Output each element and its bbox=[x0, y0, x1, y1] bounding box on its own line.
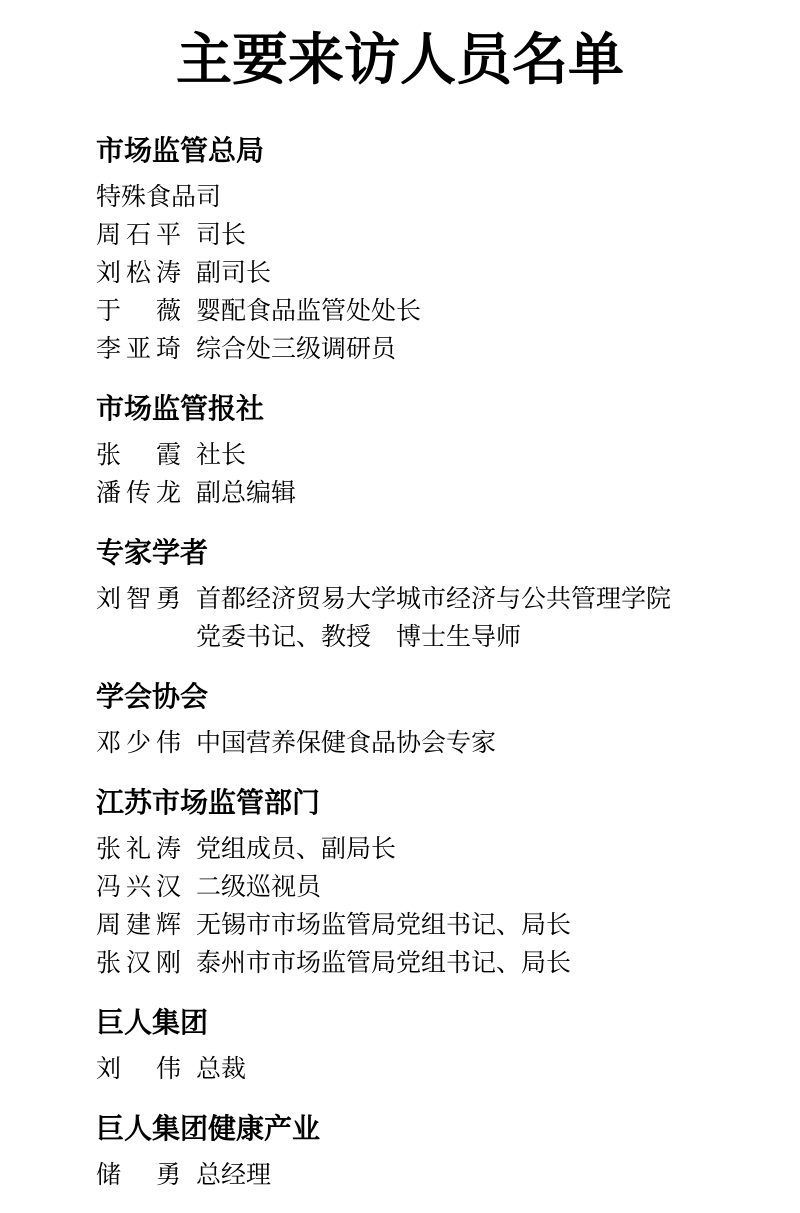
member-row: 周石平司长 bbox=[96, 216, 704, 254]
member-name: 冯兴汉 bbox=[96, 868, 181, 906]
role-line: 副总编辑 bbox=[196, 474, 296, 512]
member-name: 储 勇 bbox=[96, 1156, 181, 1194]
member-list: 储 勇总经理 bbox=[96, 1156, 704, 1194]
member-role: 中国营养保健食品协会专家 bbox=[196, 724, 496, 762]
sections-container: 市场监管总局 特殊食品司 周石平司长 刘松涛副司长 于 薇婴配食品监管处处长 李… bbox=[96, 132, 704, 1194]
section-heading: 市场监管报社 bbox=[96, 390, 704, 428]
member-name: 于 薇 bbox=[96, 292, 181, 330]
member-row: 刘智勇首都经济贸易大学城市经济与公共管理学院党委书记、教授 博士生导师 bbox=[96, 580, 704, 656]
member-row: 李亚琦综合处三级调研员 bbox=[96, 330, 704, 368]
role-line: 婴配食品监管处处长 bbox=[196, 292, 421, 330]
member-role: 副总编辑 bbox=[196, 474, 296, 512]
member-role: 二级巡视员 bbox=[196, 868, 321, 906]
section-heading: 江苏市场监管部门 bbox=[96, 784, 704, 822]
department-line: 特殊食品司 bbox=[96, 178, 704, 216]
member-role: 党组成员、副局长 bbox=[196, 830, 396, 868]
section-heading: 专家学者 bbox=[96, 534, 704, 572]
personnel-section: 巨人集团 刘 伟总裁 bbox=[96, 1004, 704, 1088]
member-name: 刘松涛 bbox=[96, 254, 181, 292]
section-heading: 巨人集团 bbox=[96, 1004, 704, 1042]
member-name: 刘 伟 bbox=[96, 1050, 181, 1088]
document-page: 主要来访人员名单 市场监管总局 特殊食品司 周石平司长 刘松涛副司长 于 薇婴配… bbox=[0, 0, 800, 1213]
member-role: 婴配食品监管处处长 bbox=[196, 292, 421, 330]
personnel-section: 专家学者 刘智勇首都经济贸易大学城市经济与公共管理学院党委书记、教授 博士生导师 bbox=[96, 534, 704, 656]
section-heading: 学会协会 bbox=[96, 678, 704, 716]
role-line: 二级巡视员 bbox=[196, 868, 321, 906]
member-name: 张汉刚 bbox=[96, 944, 181, 982]
member-name: 张礼涛 bbox=[96, 830, 181, 868]
role-line: 综合处三级调研员 bbox=[196, 330, 396, 368]
member-list: 刘 伟总裁 bbox=[96, 1050, 704, 1088]
personnel-section: 学会协会 邓少伟中国营养保健食品协会专家 bbox=[96, 678, 704, 762]
member-name: 潘传龙 bbox=[96, 474, 181, 512]
member-list: 邓少伟中国营养保健食品协会专家 bbox=[96, 724, 704, 762]
member-name: 周建辉 bbox=[96, 906, 181, 944]
member-name: 刘智勇 bbox=[96, 580, 181, 618]
member-list: 张礼涛党组成员、副局长 冯兴汉二级巡视员 周建辉无锡市市场监管局党组书记、局长 … bbox=[96, 830, 704, 982]
member-row: 邓少伟中国营养保健食品协会专家 bbox=[96, 724, 704, 762]
personnel-section: 巨人集团健康产业 储 勇总经理 bbox=[96, 1110, 704, 1194]
role-line: 党组成员、副局长 bbox=[196, 830, 396, 868]
member-name: 李亚琦 bbox=[96, 330, 181, 368]
member-role: 总裁 bbox=[196, 1050, 246, 1088]
personnel-section: 市场监管报社 张 霞社长 潘传龙副总编辑 bbox=[96, 390, 704, 512]
member-role: 综合处三级调研员 bbox=[196, 330, 396, 368]
member-name: 周石平 bbox=[96, 216, 181, 254]
member-name: 邓少伟 bbox=[96, 724, 181, 762]
member-row: 张 霞社长 bbox=[96, 436, 704, 474]
member-role: 社长 bbox=[196, 436, 246, 474]
member-list: 张 霞社长 潘传龙副总编辑 bbox=[96, 436, 704, 512]
role-line: 无锡市市场监管局党组书记、局长 bbox=[196, 906, 571, 944]
role-line: 党委书记、教授 博士生导师 bbox=[196, 618, 671, 656]
member-role: 司长 bbox=[196, 216, 246, 254]
section-heading: 巨人集团健康产业 bbox=[96, 1110, 704, 1148]
member-row: 于 薇婴配食品监管处处长 bbox=[96, 292, 704, 330]
member-role: 首都经济贸易大学城市经济与公共管理学院党委书记、教授 博士生导师 bbox=[196, 580, 671, 656]
member-row: 刘松涛副司长 bbox=[96, 254, 704, 292]
member-row: 冯兴汉二级巡视员 bbox=[96, 868, 704, 906]
role-line: 司长 bbox=[196, 216, 246, 254]
member-row: 储 勇总经理 bbox=[96, 1156, 704, 1194]
role-line: 副司长 bbox=[196, 254, 271, 292]
role-line: 总裁 bbox=[196, 1050, 246, 1088]
role-line: 中国营养保健食品协会专家 bbox=[196, 724, 496, 762]
role-line: 泰州市市场监管局党组书记、局长 bbox=[196, 944, 571, 982]
member-row: 张汉刚泰州市市场监管局党组书记、局长 bbox=[96, 944, 704, 982]
member-role: 副司长 bbox=[196, 254, 271, 292]
member-row: 刘 伟总裁 bbox=[96, 1050, 704, 1088]
member-name: 张 霞 bbox=[96, 436, 181, 474]
role-line: 首都经济贸易大学城市经济与公共管理学院 bbox=[196, 580, 671, 618]
member-list: 周石平司长 刘松涛副司长 于 薇婴配食品监管处处长 李亚琦综合处三级调研员 bbox=[96, 216, 704, 368]
section-heading: 市场监管总局 bbox=[96, 132, 704, 170]
member-list: 刘智勇首都经济贸易大学城市经济与公共管理学院党委书记、教授 博士生导师 bbox=[96, 580, 704, 656]
member-role: 无锡市市场监管局党组书记、局长 bbox=[196, 906, 571, 944]
member-row: 潘传龙副总编辑 bbox=[96, 474, 704, 512]
member-role: 总经理 bbox=[196, 1156, 271, 1194]
member-row: 张礼涛党组成员、副局长 bbox=[96, 830, 704, 868]
personnel-section: 市场监管总局 特殊食品司 周石平司长 刘松涛副司长 于 薇婴配食品监管处处长 李… bbox=[96, 132, 704, 368]
member-role: 泰州市市场监管局党组书记、局长 bbox=[196, 944, 571, 982]
document-title: 主要来访人员名单 bbox=[96, 26, 704, 94]
member-row: 周建辉无锡市市场监管局党组书记、局长 bbox=[96, 906, 704, 944]
role-line: 总经理 bbox=[196, 1156, 271, 1194]
personnel-section: 江苏市场监管部门 张礼涛党组成员、副局长 冯兴汉二级巡视员 周建辉无锡市市场监管… bbox=[96, 784, 704, 982]
role-line: 社长 bbox=[196, 436, 246, 474]
